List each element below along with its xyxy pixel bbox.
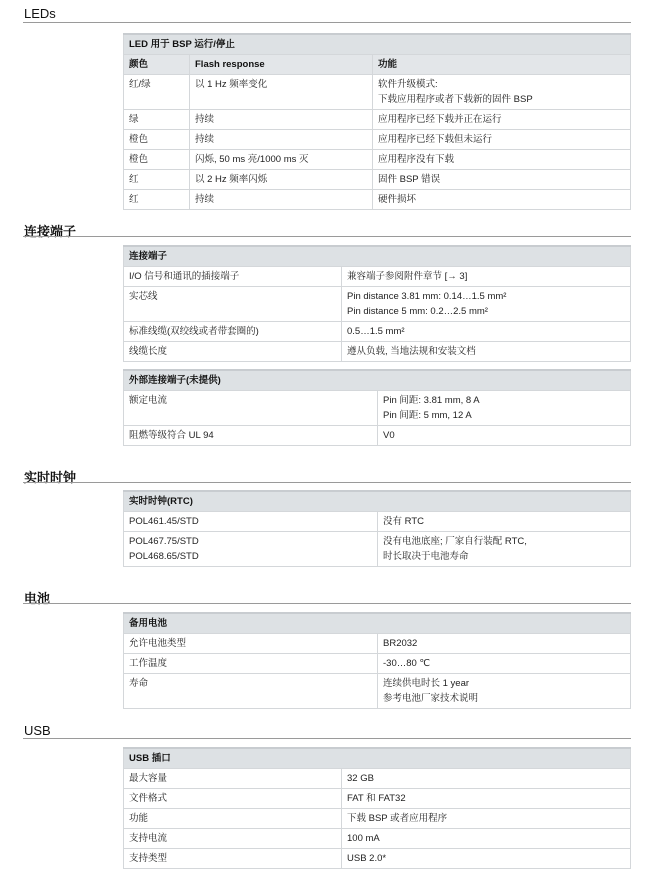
cell-label: 支持类型: [124, 849, 342, 869]
section-title-rtc: 实时时钟: [24, 467, 76, 486]
cell-value: 下载 BSP 或者应用程序: [342, 809, 631, 829]
table-row: 允许电池类型 BR2032: [124, 634, 631, 654]
column-header-color: 颜色: [124, 55, 190, 75]
table-title: 外部连接端子(未提供): [124, 370, 631, 391]
section-divider: [23, 603, 631, 604]
cell-value: 100 mA: [342, 829, 631, 849]
table-row: 阻燃等级符合 UL 94 V0: [124, 426, 631, 446]
cell-label: 标准线缆(双绞线或者带套圈的): [124, 322, 342, 342]
table-row: 额定电流 Pin 间距: 3.81 mm, 8 APin 间距: 5 mm, 1…: [124, 391, 631, 426]
cell-function: 硬件损坏: [373, 190, 631, 210]
battery-table: 备用电池 允许电池类型 BR2032 工作温度 -30…80 ℃ 寿命 连续供电…: [123, 612, 631, 709]
table-row: 橙色 闪烁, 50 ms 亮/1000 ms 灭 应用程序没有下载: [124, 150, 631, 170]
cell-value: USB 2.0*: [342, 849, 631, 869]
cell-flash: 闪烁, 50 ms 亮/1000 ms 灭: [190, 150, 373, 170]
table-row: 支持电流 100 mA: [124, 829, 631, 849]
section-title-leds: LEDs: [24, 6, 56, 21]
cell-label: 功能: [124, 809, 342, 829]
cell-function: 软件升级模式:下载应用程序或者下载新的固件 BSP: [373, 75, 631, 110]
cell-value: Pin 间距: 3.81 mm, 8 APin 间距: 5 mm, 12 A: [378, 391, 631, 426]
cell-value: 0.5…1.5 mm²: [342, 322, 631, 342]
cell-function: 应用程序已经下载并正在运行: [373, 110, 631, 130]
table-row: POL461.45/STD 没有 RTC: [124, 512, 631, 532]
cell-label: I/O 信号和通讯的插接端子: [124, 267, 342, 287]
table-row: 寿命 连续供电时长 1 year参考电池厂家技术说明: [124, 674, 631, 709]
cell-label: 工作温度: [124, 654, 378, 674]
external-terminal-table: 外部连接端子(未提供) 额定电流 Pin 间距: 3.81 mm, 8 APin…: [123, 369, 631, 446]
cell-value: V0: [378, 426, 631, 446]
table-row: 线缆长度 遵从负载, 当地法规和安装文档: [124, 342, 631, 362]
cell-value: BR2032: [378, 634, 631, 654]
cell-flash: 持续: [190, 130, 373, 150]
table-title: 备用电池: [124, 613, 631, 634]
cell-flash: 持续: [190, 110, 373, 130]
table-title: 连接端子: [124, 246, 631, 267]
cell-function: 固件 BSP 错误: [373, 170, 631, 190]
cell-label: POL467.75/STDPOL468.65/STD: [124, 532, 378, 567]
cell-label: 支持电流: [124, 829, 342, 849]
table-row: 绿 持续 应用程序已经下载并正在运行: [124, 110, 631, 130]
cell-function: 应用程序已经下载但未运行: [373, 130, 631, 150]
section-divider: [23, 236, 631, 237]
cell-label: POL461.45/STD: [124, 512, 378, 532]
cell-label: 允许电池类型: [124, 634, 378, 654]
cell-label: 实芯线: [124, 287, 342, 322]
cell-color: 橙色: [124, 150, 190, 170]
column-header-flash: Flash response: [190, 55, 373, 75]
cell-function: 应用程序没有下载: [373, 150, 631, 170]
cell-label: 额定电流: [124, 391, 378, 426]
section-divider: [23, 482, 631, 483]
rtc-table: 实时时钟(RTC) POL461.45/STD 没有 RTC POL467.75…: [123, 490, 631, 567]
table-row: 橙色 持续 应用程序已经下载但未运行: [124, 130, 631, 150]
cell-label: 线缆长度: [124, 342, 342, 362]
section-title-terminals: 连接端子: [24, 221, 76, 240]
table-row: 红 以 2 Hz 频率闪烁 固件 BSP 错误: [124, 170, 631, 190]
cell-value: 32 GB: [342, 769, 631, 789]
cell-value: 没有电池底座; 厂家自行装配 RTC,时长取决于电池寿命: [378, 532, 631, 567]
table-row: 实芯线 Pin distance 3.81 mm: 0.14…1.5 mm²Pi…: [124, 287, 631, 322]
cell-value: FAT 和 FAT32: [342, 789, 631, 809]
section-title-usb: USB: [24, 723, 51, 738]
table-row: 红/绿 以 1 Hz 频率变化 软件升级模式:下载应用程序或者下载新的固件 BS…: [124, 75, 631, 110]
table-title: USB 插口: [124, 748, 631, 769]
cell-label: 最大容量: [124, 769, 342, 789]
cell-label: 阻燃等级符合 UL 94: [124, 426, 378, 446]
cell-flash: 以 1 Hz 频率变化: [190, 75, 373, 110]
cell-value: -30…80 ℃: [378, 654, 631, 674]
cell-value: 兼容端子参阅附件章节 [→ 3]: [342, 267, 631, 287]
table-row: 功能 下载 BSP 或者应用程序: [124, 809, 631, 829]
cell-color: 红: [124, 170, 190, 190]
section-divider: [23, 22, 631, 23]
cell-value: 没有 RTC: [378, 512, 631, 532]
cell-value: Pin distance 3.81 mm: 0.14…1.5 mm²Pin di…: [342, 287, 631, 322]
cell-color: 红/绿: [124, 75, 190, 110]
section-divider: [23, 738, 631, 739]
table-row: 支持类型 USB 2.0*: [124, 849, 631, 869]
cell-color: 红: [124, 190, 190, 210]
cell-label: 寿命: [124, 674, 378, 709]
usb-table: USB 插口 最大容量 32 GB 文件格式 FAT 和 FAT32 功能 下载…: [123, 747, 631, 869]
table-title: 实时时钟(RTC): [124, 491, 631, 512]
table-row: 标准线缆(双绞线或者带套圈的) 0.5…1.5 mm²: [124, 322, 631, 342]
cell-color: 绿: [124, 110, 190, 130]
table-title: LED 用于 BSP 运行/停止: [124, 34, 631, 55]
table-row: 工作温度 -30…80 ℃: [124, 654, 631, 674]
table-row: 文件格式 FAT 和 FAT32: [124, 789, 631, 809]
table-row: 最大容量 32 GB: [124, 769, 631, 789]
cell-value: 遵从负载, 当地法规和安装文档: [342, 342, 631, 362]
column-header-function: 功能: [373, 55, 631, 75]
table-row: 红 持续 硬件损坏: [124, 190, 631, 210]
cell-flash: 以 2 Hz 频率闪烁: [190, 170, 373, 190]
cell-flash: 持续: [190, 190, 373, 210]
cell-label: 文件格式: [124, 789, 342, 809]
led-table: LED 用于 BSP 运行/停止 颜色 Flash response 功能 红/…: [123, 33, 631, 210]
table-row: POL467.75/STDPOL468.65/STD 没有电池底座; 厂家自行装…: [124, 532, 631, 567]
table-row: I/O 信号和通讯的插接端子 兼容端子参阅附件章节 [→ 3]: [124, 267, 631, 287]
terminal-table: 连接端子 I/O 信号和通讯的插接端子 兼容端子参阅附件章节 [→ 3] 实芯线…: [123, 245, 631, 362]
cell-color: 橙色: [124, 130, 190, 150]
section-title-battery: 电池: [24, 588, 50, 607]
cell-value: 连续供电时长 1 year参考电池厂家技术说明: [378, 674, 631, 709]
